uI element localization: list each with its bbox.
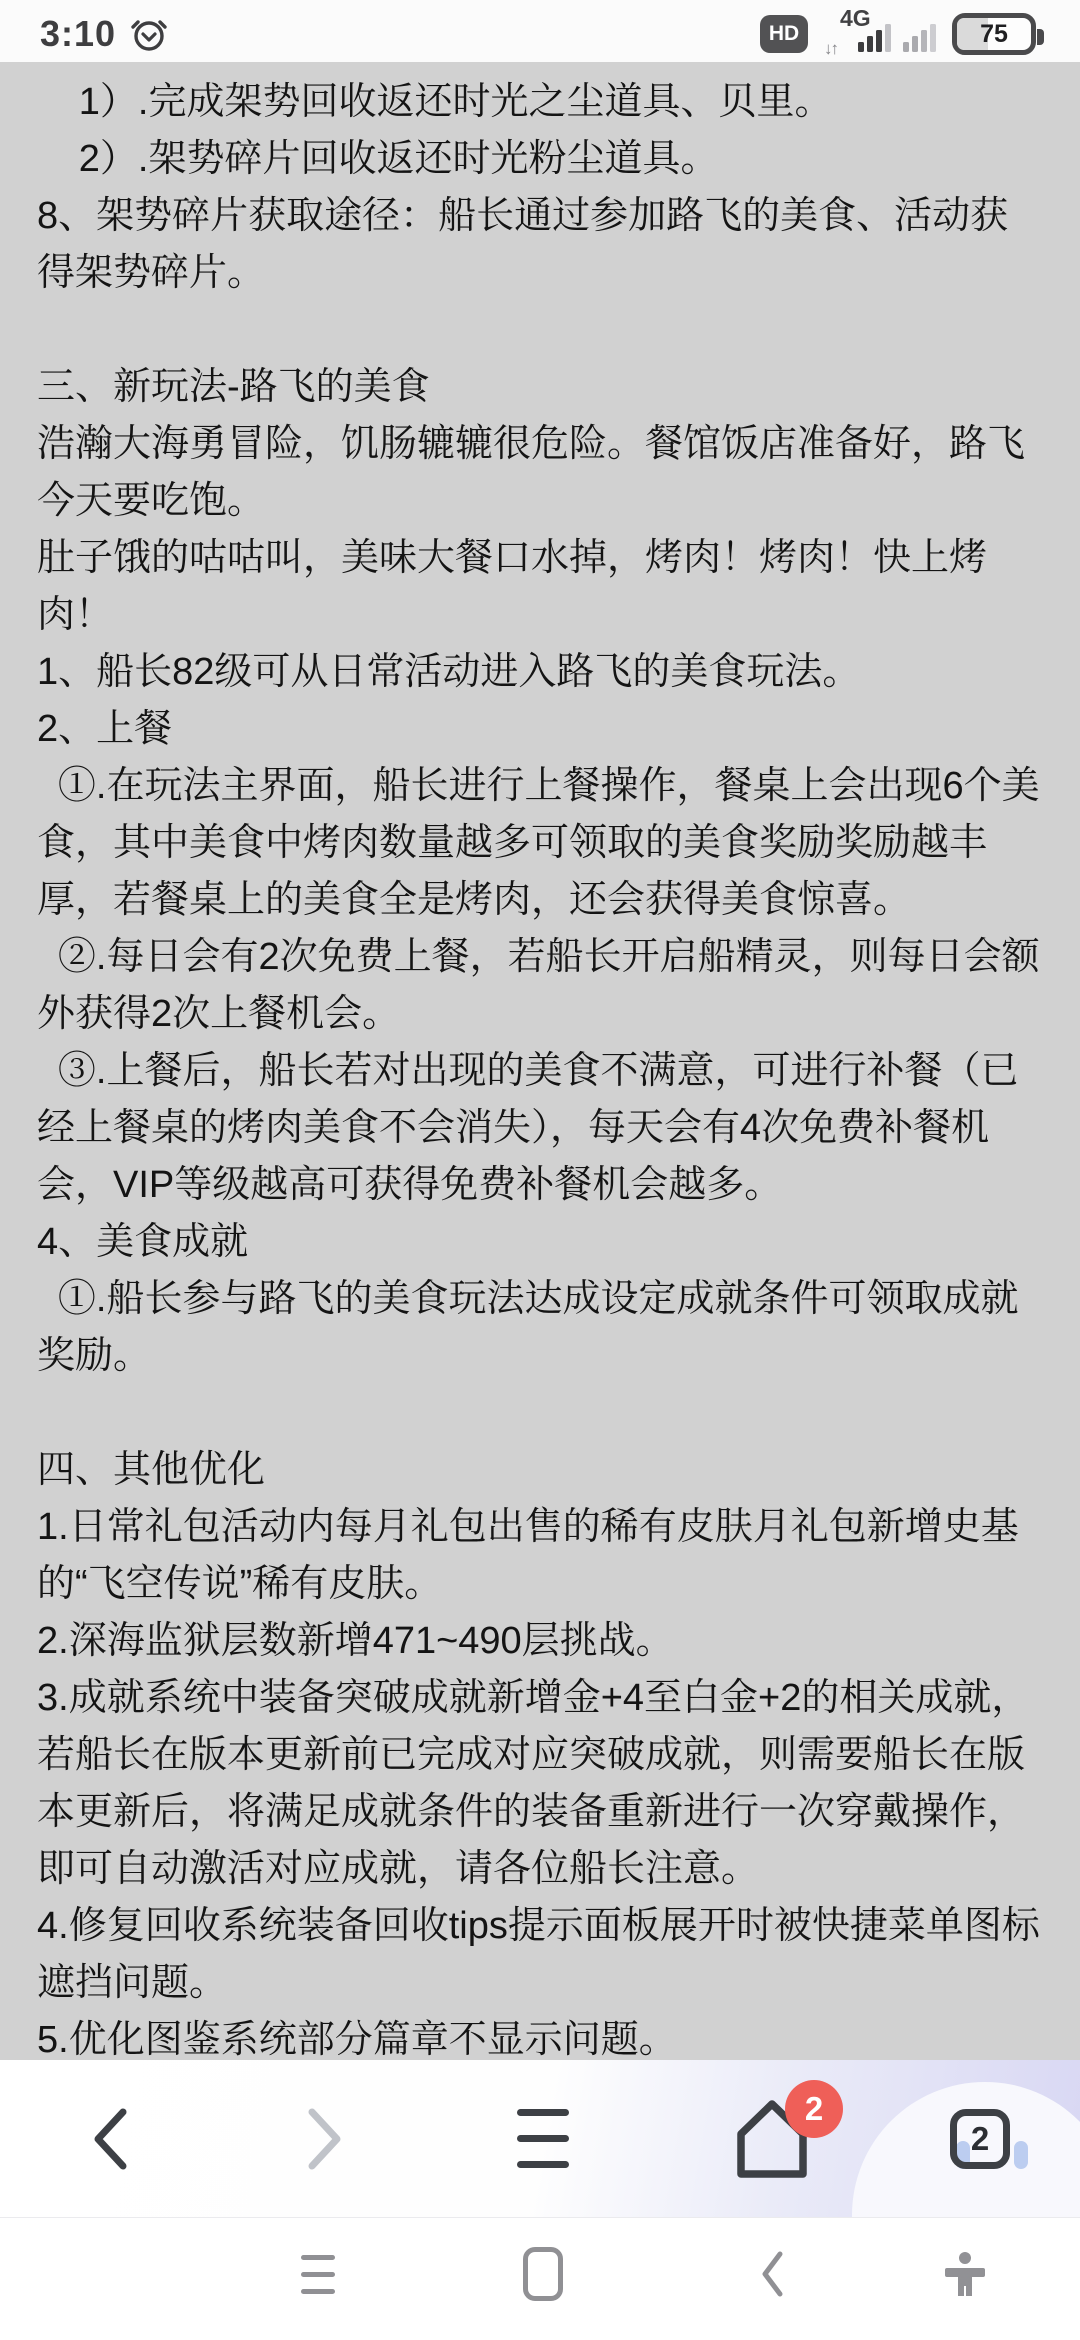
- article-paragraph: 四、其他优化: [37, 1442, 1043, 1499]
- article-paragraph: 2、上餐: [37, 701, 1043, 758]
- article-paragraph: 2.深海监狱层数新增471~490层挑战。: [37, 1613, 1043, 1670]
- article-paragraph: 肚子饿的咕咕叫，美味大餐口水掉，烤肉！烤肉！快上烤肉！: [37, 530, 1043, 644]
- network-indicator: 4G ↓↑: [824, 9, 936, 59]
- article-paragraph: ②.每日会有2次免费上餐，若船长开启船精灵，则每日会额外获得2次上餐机会。: [37, 929, 1043, 1043]
- article-paragraph: 8、架势碎片获取途径：船长通过参加路飞的美食、活动获得架势碎片。: [37, 188, 1043, 302]
- article-paragraph: [37, 1385, 1043, 1442]
- data-activity-arrows-icon: ↓↑: [824, 39, 837, 59]
- system-recents-button[interactable]: [278, 2218, 358, 2330]
- menu-icon: [517, 2109, 569, 2116]
- alarm-clock-icon: [130, 15, 168, 53]
- article-paragraph: 1、船长82级可从日常活动进入路飞的美食玩法。: [37, 644, 1043, 701]
- article-paragraph: 三、新玩法-路飞的美食: [37, 359, 1043, 416]
- article-paragraph: 3.成就系统中装备突破成就新增金+4至白金+2的相关成就，若船长在版本更新前已完…: [37, 1670, 1043, 1898]
- article-paragraph: 2）.架势碎片回收返还时光粉尘道具。: [37, 131, 1043, 188]
- article-paragraph: 1.日常礼包活动内每月礼包出售的稀有皮肤月礼包新增史基的“飞空传说”稀有皮肤。: [37, 1499, 1043, 1613]
- browser-toolbar: 2 2: [0, 2060, 1080, 2217]
- system-home-button[interactable]: [503, 2218, 583, 2330]
- system-back-button[interactable]: [732, 2218, 812, 2330]
- forward-icon: [305, 2107, 345, 2171]
- battery-percent: 75: [957, 18, 1031, 50]
- article-paragraph: 4、美食成就: [37, 1214, 1043, 1271]
- browser-menu-button[interactable]: [493, 2060, 593, 2217]
- article-paragraph: 5.优化图鉴系统部分篇章不显示问题。: [37, 2012, 1043, 2060]
- article-paragraph: [37, 302, 1043, 359]
- recents-icon: [301, 2255, 335, 2260]
- patch-notes-article: 1）.完成架势回收返还时光之尘道具、贝里。2）.架势碎片回收返还时光粉尘道具。8…: [0, 62, 1080, 2060]
- battery-icon: 75: [952, 13, 1036, 55]
- browser-home-button[interactable]: 2: [712, 2060, 832, 2217]
- tab-count-label: 2: [950, 2109, 1010, 2169]
- back-chevron-icon: [760, 2250, 784, 2298]
- article-paragraph: ①.在玩法主界面，船长进行上餐操作，餐桌上会出现6个美食，其中美食中烤肉数量越多…: [37, 758, 1043, 929]
- back-icon: [90, 2107, 130, 2171]
- system-navigation-bar: [0, 2217, 1080, 2340]
- article-paragraph: ①.船长参与路飞的美食玩法达成设定成就条件可领取成就奖励。: [37, 1271, 1043, 1385]
- clock-time: 3:10: [40, 13, 116, 55]
- battery-nub: [1037, 29, 1044, 45]
- status-bar: 3:10 HD 4G ↓↑: [0, 0, 1080, 62]
- home-square-icon: [523, 2247, 563, 2301]
- article-paragraph: 浩瀚大海勇冒险，饥肠辘辘很危险。餐馆饭店准备好，路飞今天要吃饱。: [37, 416, 1043, 530]
- dual-sim-signal-bars-icon: [858, 22, 936, 57]
- tab-decoration-pill: [1014, 2141, 1028, 2169]
- browser-forward-button[interactable]: [275, 2060, 375, 2217]
- article-paragraph: 1）.完成架势回收返还时光之尘道具、贝里。: [37, 74, 1043, 131]
- home-notification-badge: 2: [785, 2080, 843, 2138]
- article-paragraph: ③.上餐后，船长若对出现的美食不满意，可进行补餐（已经上餐桌的烤肉美食不会消失）…: [37, 1043, 1043, 1214]
- accessibility-shortcut-button[interactable]: [920, 2218, 1010, 2330]
- accessibility-person-icon: [945, 2252, 985, 2296]
- hd-volte-icon: HD: [760, 15, 808, 53]
- browser-back-button[interactable]: [60, 2060, 160, 2217]
- article-paragraph: 4.修复回收系统装备回收tips提示面板展开时被快捷菜单图标遮挡问题。: [37, 1898, 1043, 2012]
- browser-tabs-button[interactable]: 2: [925, 2060, 1035, 2217]
